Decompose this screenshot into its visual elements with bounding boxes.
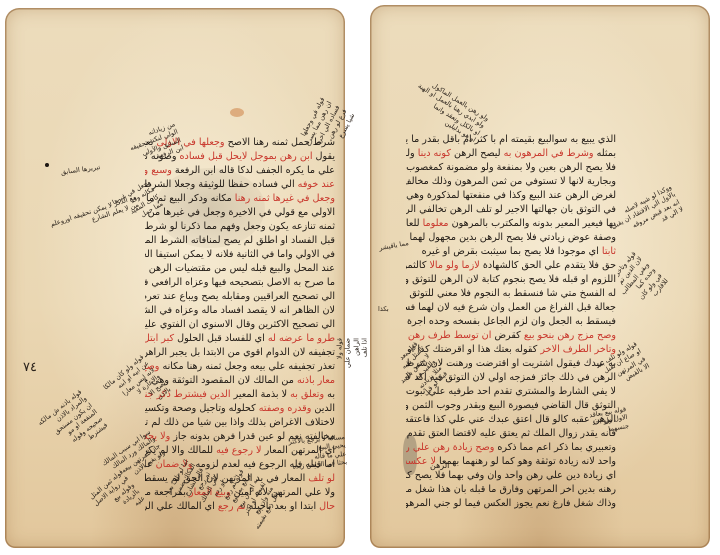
- body-text: جعالة قبل الفراغ من العمل وان شرع فيه لا…: [406, 302, 616, 313]
- margin-note-bottom-center: قوله ثمن المثلفي رواية الاصلوقوله بيعبال…: [87, 468, 147, 528]
- body-text: كقرض: [491, 330, 523, 341]
- body-text: وصفة عوض زيادتي فلا يصح الرهن بدين مجهول…: [409, 232, 616, 243]
- margin-line: ضمان علي: [344, 338, 352, 369]
- margin-note-right-upper: ووكذا لو شيه لاصلهبالاول الي الافتقاد ان…: [606, 183, 685, 246]
- body-text: من المالك لان المقصود التوثقة وهي حاصلة: [145, 375, 297, 386]
- text-line: الدين وقدره وصفته كحلوله وتاجيل وصحة وتك…: [145, 402, 335, 416]
- text-line: بها فيعير المعير بدونه والمكترب بالمرهون…: [406, 217, 616, 231]
- body-text: بها فيعير المعير بدونه والمكترب بالمرهون: [449, 218, 616, 229]
- body-text: حق فلا يتقدم علي الحق كالشهادة: [480, 260, 616, 271]
- body-text: اي للفساد قبل الحلول: [174, 333, 268, 344]
- rubric-text: كونه دينا: [418, 148, 451, 159]
- body-text: عند المحل والبيع قبله ليس من مقتضيات الر…: [145, 263, 335, 274]
- body-text: ليصح الرهن: [451, 148, 504, 159]
- margin-note-far-left: قوله باذنه ش مالكهوالمراد بالاذنان يكون …: [36, 388, 109, 461]
- text-line: عند المحل والبيع قبله ليس من مقتضيات الر…: [145, 262, 335, 276]
- body-text: الدين: [311, 403, 335, 414]
- body-text: وذاك شغل فارغ نعم يجوز العكس فيما لو جني…: [406, 498, 616, 509]
- text-line: وجعل في غيرها ثمنه رهنا مكانه ودكر البيع…: [145, 192, 335, 206]
- rubric-text: وسبع وجوبا في غيرها: [145, 165, 172, 176]
- body-text: ثمنه تنازعه يكون وجعل وفهم مما ذكرنا لو …: [145, 221, 335, 232]
- body-text: وبجارية لانها لا تستوفي من ثمن المرهون و…: [406, 176, 616, 187]
- text-line: وتعبيري بما ذكر اعم مما ذكره وصح زيادة ر…: [406, 441, 616, 455]
- rubric-text: وجعل في غيرها ثمنه رهنا: [235, 193, 335, 204]
- text-line: فلا يصح الرهن بعين ولا بمنفعة ولو مضمونة…: [406, 161, 616, 175]
- text-line: وتاخر الطرف الاخر كقوله بعتك هذا او اقرض…: [406, 343, 616, 357]
- body-text: الي تصحيح الاكثرين وقال الاسنوي ان الفتو…: [145, 319, 335, 330]
- text-line: بمثله وشرط في المرهون به ليصح الرهن كونه…: [406, 147, 616, 161]
- text-line: رهنه بدين اخر المرتهن وفارق ما قبله بان …: [406, 483, 616, 497]
- margin-line: الراهن: [352, 338, 360, 369]
- rubric-text: لو تلف: [308, 473, 335, 484]
- text-line: الرهن عقبه كالو قال اعتق عبدك عني علي كذ…: [406, 413, 616, 427]
- text-line: له الفسخ متي شا فنسقط به النجوم فلا معني…: [406, 287, 616, 301]
- rubric-text: معلوما: [423, 218, 449, 229]
- text-line: تعذر تجفيفه علي بيعه وجعل ثمنه رهنا مكان…: [145, 360, 335, 374]
- text-line: علي ما يكره الجفف لدكا قاله ابن الرفعة و…: [145, 164, 335, 178]
- body-text: لا بذمة المعير: [231, 389, 291, 400]
- body-text: فيسقط به الجعل وان لزم الجاعل بفسخه وحده…: [406, 316, 616, 327]
- text-line: ما صرح به الاصل بتصحيحه فيها وعزاه الراف…: [145, 276, 335, 290]
- rubric-text: وتعلق به: [290, 389, 324, 400]
- corner-note: تبريرها السابق: [60, 163, 100, 177]
- body-text: في التوثق بان جهالتها الاجير لو تلف الره…: [406, 204, 616, 215]
- text-line: وصفة عوض زيادتي فلا يصح الرهن بدين مجهول…: [406, 231, 616, 245]
- margin-note-left-mid: مما باقيشر: [378, 239, 409, 252]
- body-text: للعاقدين قدرا: [406, 218, 423, 229]
- rubric-text: وصح زيادة رهن علي رهن بدين: [406, 442, 494, 453]
- margin-note-left: بكذا: [378, 305, 389, 313]
- margin-dot: [45, 163, 49, 167]
- rubric-text: ابن رهن بموجل لايحل قبل فساده: [180, 151, 313, 162]
- rubric-text: لا رجوع فيه: [216, 445, 261, 456]
- text-line: اللزوم او قبله فلا يصح بنجوم كتابة لان ا…: [406, 273, 616, 287]
- body-text: علي ما يكره الجفف لدكا قاله ابن الرفعة: [172, 165, 335, 176]
- body-text: تجفيفه لان الدوام اقوي من الابتدا بل يجب…: [145, 347, 335, 358]
- body-text: رهنه بدين اخر المرتهن وفارق ما قبله بان …: [406, 484, 616, 495]
- margin-line: مما باقيشر: [378, 239, 409, 252]
- body-text: كالثمن بعد: [406, 260, 429, 271]
- rubric-text: وصح مزج رهن بنحو بيع: [524, 330, 616, 341]
- margin-line: قوله ولا: [336, 338, 344, 369]
- text-line: وبجارية لانها لا تستوفي من ثمن المرهون و…: [406, 175, 616, 189]
- rubric-text: كبر ابتل: [145, 333, 174, 344]
- text-line: في التوثق بان جهالتها الاجير لو تلف الره…: [406, 203, 616, 217]
- rubric-text: لازما ولو مالا: [429, 260, 479, 271]
- text-line: ثمنه تنازعه يكون وجعل وفهم مما ذكرنا لو …: [145, 220, 335, 234]
- text-line: لاختلاف الاغراض بذلك واذا بين شيا من ذلك…: [145, 416, 335, 430]
- body-text: الاولي مع قولي في الاخيرة وجعل في غيرها …: [145, 207, 335, 218]
- rubric-text: وتاخر الطرف الاخر: [540, 344, 616, 355]
- rubric-text: حال: [319, 501, 335, 512]
- text-line: وصح مزج رهن بنحو بيع كقرض ان توسط طرف ره…: [406, 329, 616, 343]
- text-line: فانه يقدر زوال الملك ثم يعتق عليه لاقتضا…: [406, 427, 616, 441]
- body-text: به: [324, 389, 335, 400]
- text-line: الاولي مع قولي في الاخيرة وجعل في غيرها …: [145, 206, 335, 220]
- margin-note-right-bottom: قوله بيع بعاقدالاول ولو احدجنسهما: [589, 405, 630, 436]
- body-text: تعذر تجفيفه علي بيعه وجعل ثمنه رهنا مكان…: [159, 361, 335, 372]
- text-line: الي تصحيح العراقيين ومقابله يصح ويباع عن…: [145, 290, 335, 304]
- text-line: فيسقط به الجعل وان لزم الجاعل بفسخه وحده…: [406, 315, 616, 329]
- body-text: اي زيادة دين علي رهن واحد وان وفي بهما ف…: [406, 470, 616, 481]
- text-line: تجفيفه لان الدوام اقوي من الابتدا بل يجب…: [145, 346, 335, 360]
- body-text: بمثله: [594, 148, 616, 159]
- text-line: به وتعلق به لا بذمة المعير الدين فيشترط …: [145, 388, 335, 402]
- body-text: اللزوم او قبله فلا يصح بنجوم كتابة لان ا…: [406, 274, 616, 285]
- folio-number: ٧٤: [23, 360, 37, 375]
- rubric-text: معار باذنه: [297, 375, 335, 386]
- body-text: ولو منفعة كالعمل في الاجارة: [406, 148, 418, 159]
- text-line: عند خوفه الي فساده حفظا للوثيقة وجعلا ال…: [145, 178, 335, 192]
- text-line: ثابتا اي موجودا فلا يصح بما سيثبت بقرض ا…: [406, 245, 616, 259]
- body-text: الي فساده حفظا للوثيقة وجعلا الشرط: [145, 179, 298, 190]
- body-text: له الفسخ متي شا فنسقط به النجوم فلا معني…: [406, 288, 616, 299]
- body-text: في الاولي واما في الثانية فلانه لا يمكن …: [145, 249, 335, 260]
- rubric-text: ثابتا: [602, 246, 616, 257]
- rubric-text: وشرط في المرهون به: [504, 148, 594, 159]
- margin-line: بكذا: [378, 305, 389, 313]
- text-line: الذي يبيع به سوالبيع بقيمته ام با كثر ام…: [406, 133, 616, 147]
- body-text: لا يفي الشارط والمشتري تقدم احد طرفيه عل…: [406, 386, 616, 397]
- body-text: كحلوله وتاجيل وصحة وتكسير: [145, 403, 259, 414]
- rubric-text: وقدره وصفته: [259, 403, 312, 414]
- body-text: الي تصحيح العراقيين ومقابله يصح ويباع عن…: [145, 291, 335, 302]
- text-line: لان الظاهر انه لا يقصد افساد ماله وعزاه …: [145, 304, 335, 318]
- text-line: الي تصحيح الاكثرين وقال الاسنوي ان الفتو…: [145, 318, 335, 332]
- manuscript-page-left: ٧٤ تبريرها السابق شرط حمل ثمنه رهنا الاص…: [5, 8, 345, 548]
- body-text: فانه يقدر زوال الملك ثم يعتق عليه لاقتضا…: [406, 428, 616, 439]
- main-text-block: الذي يبيع به سوالبيع بقيمته ام با كثر ام…: [406, 133, 616, 511]
- rubric-text: عند خوفه: [298, 179, 335, 190]
- body-text: لان الظاهر انه لا يقصد افساد ماله وعزاه …: [145, 305, 335, 316]
- body-text: لغرض الرهن عند البيع وكذا في منفعتها لمذ…: [406, 190, 616, 201]
- body-text: وتعبيري بما ذكر اعم مما ذكره: [494, 442, 616, 453]
- body-text: فلا يصح الرهن بعين ولا بمنفعة ولو مضمونة…: [406, 162, 616, 173]
- body-text: قبل الفساد او اطلق لم يصح لمنافاته الشرط…: [145, 235, 335, 246]
- text-line: جعالة قبل الفراغ من العمل وان شرع فيه لا…: [406, 301, 616, 315]
- text-line: التوثق قال القاضي فيصورة البيع ويقدر وجو…: [406, 399, 616, 413]
- body-text: ما صرح به الاصل بتصحيحه فيها وعزاه الراف…: [145, 277, 335, 288]
- body-text: الرهن عقبه كالو قال اعتق عبدك عني علي كذ…: [406, 414, 616, 425]
- text-line: معار باذنه من المالك لان المقصود التوثقة…: [145, 374, 335, 388]
- rubric-text: طرو ما عرضه له: [268, 333, 335, 344]
- footer-word: الرهن: [430, 462, 449, 470]
- text-line: اي زيادة دين علي رهن واحد وان وفي بهما ف…: [406, 469, 616, 483]
- body-text: لاختلاف الاغراض بذلك واذا بين شيا من ذلك…: [145, 417, 335, 428]
- text-line: حق فلا يتقدم علي الحق كالشهادة لازما ولو…: [406, 259, 616, 273]
- rubric-text: ان توسط طرف رهن: [408, 330, 492, 341]
- manuscript-page-right: الذي يبيع به سوالبيع بقيمته ام با كثر ام…: [370, 5, 710, 548]
- margin-line: اذا تلف: [361, 338, 369, 369]
- text-line: طرو ما عرضه له اي للفساد قبل الحلول كبر …: [145, 332, 335, 346]
- text-line: في الاولي واما في الثانية فلانه لا يمكن …: [145, 248, 335, 262]
- margin-note-bottom-edge: مسالة لا يرجع بالاكثريحيي البيععلي ما قا…: [288, 433, 347, 471]
- body-text: واحد لانه زيادة توثقة وهو كما لو رهنهما …: [436, 456, 616, 467]
- body-text: التوثق قال القاضي فيصورة البيع ويقدر وجو…: [406, 400, 616, 411]
- text-line: قبل الفساد او اطلق لم يصح لمنافاته الشرط…: [145, 234, 335, 248]
- text-line: وذاك شغل فارغ نعم يجوز العكس فيما لو جني…: [406, 497, 616, 511]
- ink-stain: [230, 108, 244, 117]
- body-text: الذي يبيع به سوالبيع بقيمته ام با كثر ام…: [406, 134, 616, 145]
- text-line: لغرض الرهن عند البيع وكذا في منفعتها لمذ…: [406, 189, 616, 203]
- body-text: اي موجودا فلا يصح بما سيثبت بقرض او غيره: [422, 246, 602, 257]
